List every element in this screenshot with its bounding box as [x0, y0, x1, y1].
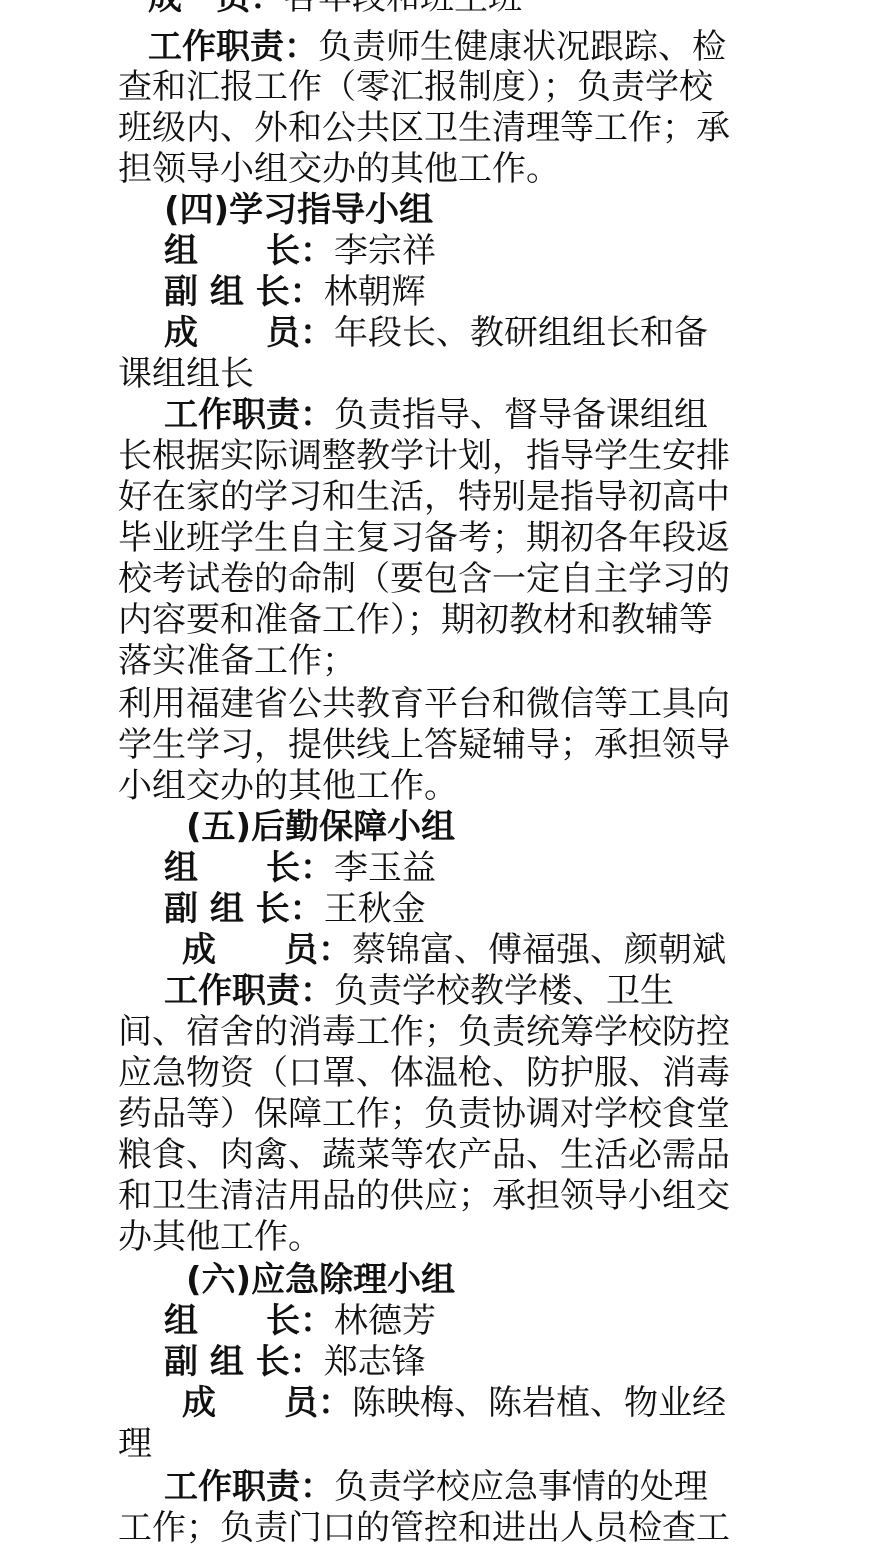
section-heading: (六)应急除理小组: [186, 1260, 831, 1301]
leader-label: 组 长：: [164, 231, 334, 271]
duty-text-line: 和卫生清洁用品的供应；承担领导小组交: [118, 1176, 763, 1217]
duty-text: 负责指导、督导备课组组: [334, 395, 708, 435]
deputy-label: 副 组 长：: [164, 272, 324, 312]
duty-text-line: 药品等）保障工作；负责协调对学校食堂: [118, 1094, 763, 1135]
duty-label: 工作职责：: [148, 27, 318, 67]
section-heading: (五)后勤保障小组: [186, 807, 831, 848]
deputy-label: 副 组 长：: [164, 1342, 324, 1382]
duty-text-line: 工作；负责门口的管控和进出人员检查工: [118, 1508, 763, 1547]
deputy-line: 副 组 长：王秋金: [164, 889, 809, 930]
deputy-name: 王秋金: [324, 889, 426, 929]
duty-text: 负责学校应急事情的处理: [334, 1467, 708, 1507]
members-label: 成 员：: [148, 0, 284, 18]
leader-label: 组 长：: [164, 1301, 334, 1341]
duty-text-line: 粮食、肉禽、蔬菜等农产品、生活必需品: [118, 1135, 763, 1176]
leader-name: 李玉益: [334, 848, 436, 888]
duty-text: 负责学校教学楼、卫生: [334, 971, 674, 1011]
leader-line: 组 长：林德芳: [164, 1301, 809, 1342]
duty-text-line: 利用福建省公共教育平台和微信等工具向: [118, 684, 763, 725]
members-continuation: 课组组长: [118, 354, 763, 395]
members-line: 成 员：年段长、教研组组长和备: [164, 313, 764, 354]
duty-label: 工作职责：: [164, 395, 334, 435]
leader-line: 组 长：李玉益: [164, 848, 809, 889]
leader-label: 组 长：: [164, 848, 334, 888]
duty-text-line: 落实准备工作；: [118, 641, 763, 682]
members-value: 蔡锦富、傅福强、颜朝斌: [352, 930, 726, 970]
members-value: 年段长、教研组组长和备: [334, 313, 708, 353]
duty-line: 工作职责：负责指导、督导备课组组: [164, 395, 764, 436]
leader-line: 组 长：李宗祥: [164, 231, 809, 272]
deputy-label: 副 组 长：: [164, 889, 324, 929]
duty-text-line: 校考试卷的命制（要包含一定自主学习的: [118, 559, 763, 600]
members-value: 各年段和班主班: [284, 0, 522, 18]
deputy-line: 副 组 长：郑志锋: [164, 1342, 809, 1383]
duty-text-line: 担领导小组交办的其他工作。: [118, 149, 763, 190]
section-heading: (四)学习指导小组: [164, 190, 809, 231]
duty-line: 工作职责：负责学校教学楼、卫生: [164, 971, 764, 1012]
duty-text-line: 好在家的学习和生活，特别是指导初高中: [118, 477, 763, 518]
duty-text-line: 内容要和准备工作）；期初教材和教辅等: [118, 600, 763, 641]
members-label: 成 员：: [182, 930, 352, 970]
duty-text: 负责师生健康状况跟踪、检: [318, 27, 726, 67]
duty-text-line: 查和汇报工作（零汇报制度）；负责学校: [118, 67, 763, 108]
duty-text-line: 应急物资（口罩、体温枪、防护服、消毒: [118, 1053, 763, 1094]
deputy-name: 林朝辉: [324, 272, 426, 312]
members-value: 陈映梅、陈岩植、物业经: [352, 1383, 726, 1423]
duty-line: 工作职责：负责学校应急事情的处理: [164, 1467, 764, 1508]
duty-label: 工作职责：: [164, 971, 334, 1011]
document-page: 成 员：各年段和班主班 工作职责：负责师生健康状况跟踪、检 查和汇报工作（零汇报…: [0, 0, 870, 1547]
members-line: 成 员：蔡锦富、傅福强、颜朝斌: [182, 930, 827, 971]
deputy-line: 副 组 长：林朝辉: [164, 272, 809, 313]
members-line: 成 员：陈映梅、陈岩植、物业经: [182, 1383, 762, 1424]
duty-text-line: 班级内、外和公共区卫生清理等工作；承: [118, 108, 763, 149]
members-line: 成 员：各年段和班主班: [148, 0, 793, 19]
duty-label: 工作职责：: [164, 1467, 334, 1507]
duty-text-line: 间、宿舍的消毒工作；负责统筹学校防控: [118, 1012, 763, 1053]
duty-text-line: 小组交办的其他工作。: [118, 766, 763, 807]
leader-name: 李宗祥: [334, 231, 436, 271]
duty-line: 工作职责：负责师生健康状况跟踪、检: [148, 27, 763, 68]
leader-name: 林德芳: [334, 1301, 436, 1341]
duty-text-line: 学生学习，提供线上答疑辅导；承担领导: [118, 725, 763, 766]
members-label: 成 员：: [164, 313, 334, 353]
duty-text-line: 长根据实际调整教学计划，指导学生安排: [118, 436, 763, 477]
members-label: 成 员：: [182, 1383, 352, 1423]
deputy-name: 郑志锋: [324, 1342, 426, 1382]
duty-text-line: 办其他工作。: [118, 1217, 763, 1258]
members-continuation: 理: [118, 1424, 763, 1465]
duty-text-line: 毕业班学生自主复习备考；期初各年段返: [118, 518, 763, 559]
